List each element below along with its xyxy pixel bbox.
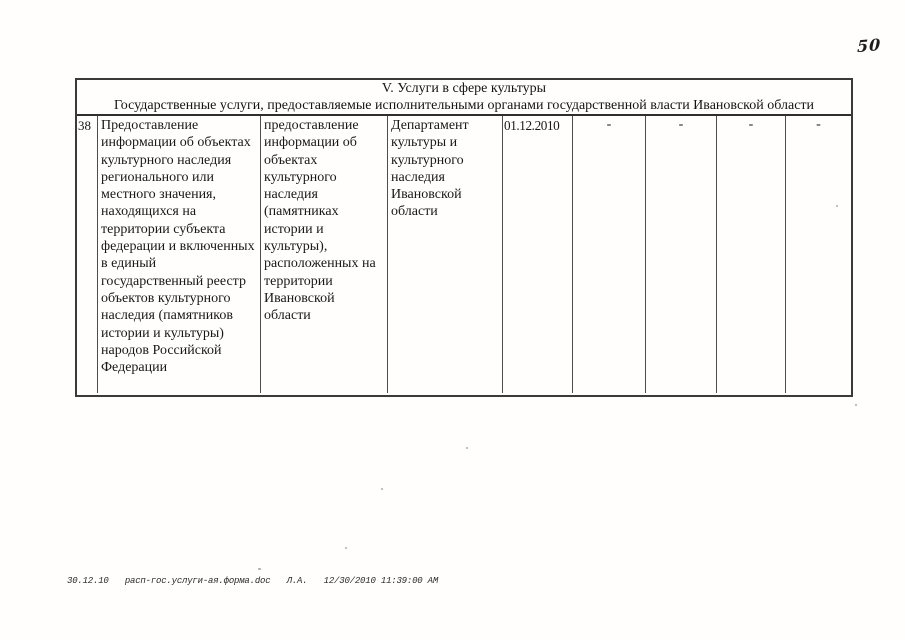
document-footer: 30.12.10 расп-гос.услуги-ая.форма.doc Л.… [67, 576, 438, 586]
scanned-document-page: 50 V. Услуги в сфере культуры Государств… [0, 0, 905, 640]
table-subsection-title: Государственные услуги, предоставляемые … [81, 98, 847, 115]
empty-value-cell: - [572, 116, 645, 393]
page-number: 50 [857, 35, 882, 56]
footer-printed-datetime: 12/30/2010 11:39:00 AM [324, 576, 438, 586]
responsible-authority-cell: Департамент культуры и культурного насле… [387, 116, 502, 393]
scan-speck [855, 404, 857, 406]
service-description-cell: предоставление информации об объектах ку… [260, 116, 387, 393]
services-table: V. Услуги в сфере культуры Государственн… [75, 78, 853, 397]
table-row: 38 Предоставление информации об объектах… [77, 116, 851, 393]
scan-speck [345, 547, 347, 549]
empty-value-cell: - [645, 116, 716, 393]
table-header: V. Услуги в сфере культуры Государственн… [77, 80, 851, 116]
table-section-title: V. Услуги в сфере культуры [81, 81, 847, 98]
empty-value-cell: - [716, 116, 785, 393]
scan-speck [836, 205, 838, 207]
service-name-cell: Предоставление информации об объектах ку… [97, 116, 260, 393]
footer-file-name: расп-гос.услуги-ая.форма.doc [125, 576, 271, 586]
footer-saved-date: 30.12.10 [67, 576, 109, 586]
footer-author-initials: Л.А. [287, 576, 308, 586]
row-number-cell: 38 [77, 116, 97, 393]
empty-value-cell: - [785, 116, 851, 393]
scan-speck [466, 447, 468, 449]
start-date-cell: 01.12.2010 [502, 116, 572, 393]
scan-speck [258, 568, 261, 570]
scan-speck [381, 488, 383, 490]
